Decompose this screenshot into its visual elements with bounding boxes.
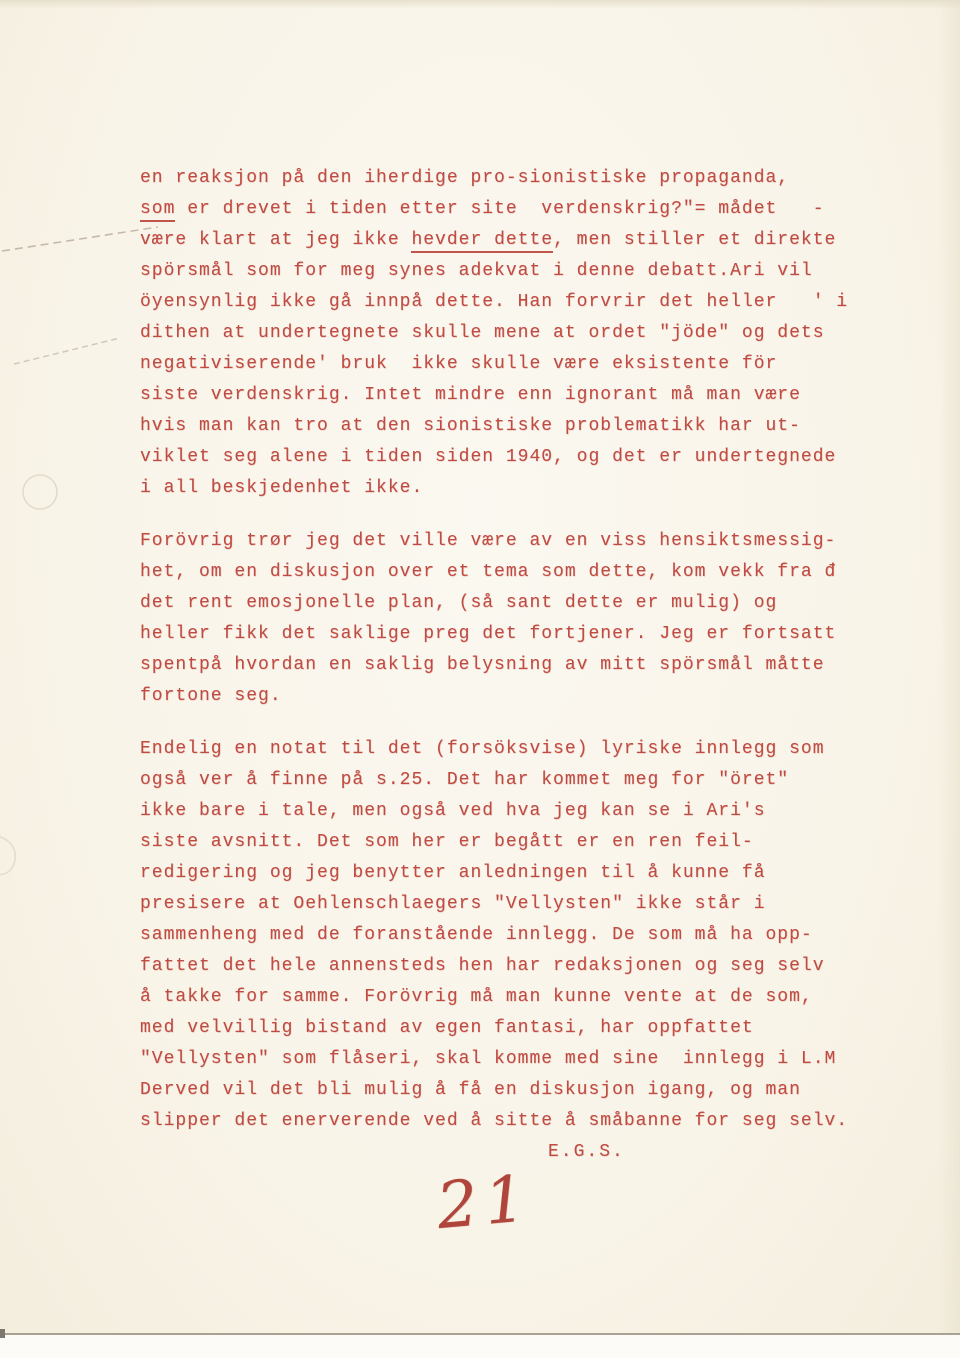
text-line: fortone seg. (140, 681, 920, 712)
handwritten-page-number: 21 (434, 1162, 536, 1244)
text-line: det rent emosjonelle plan, (så sant dett… (140, 588, 920, 619)
paragraph: en reaksjon på den iherdige pro-sionisti… (140, 163, 920, 504)
text-line: en reaksjon på den iherdige pro-sionisti… (140, 163, 920, 194)
paragraph: Forövrig trør jeg det ville være av en v… (140, 526, 920, 712)
underlined-phrase: hevder dette (411, 230, 553, 253)
text-line: ikke bare i tale, men også ved hva jeg k… (140, 796, 920, 827)
text-line: viklet seg alene i tiden siden 1940, og … (140, 442, 920, 473)
text-line: hvis man kan tro at den sionistiske prob… (140, 411, 920, 442)
text-line: spentpå hvordan en saklig belysning av m… (140, 650, 920, 681)
underlined-phrase: som (140, 199, 175, 222)
text-line: Derved vil det bli mulig å få en diskusj… (140, 1075, 920, 1106)
text-line: Endelig en notat til det (forsöksvise) l… (140, 734, 920, 765)
text-line: negativiserende' bruk ikke skulle være e… (140, 349, 920, 380)
text-line: slipper det enerverende ved å sitte å sm… (140, 1106, 920, 1137)
scan-artifact (0, 1329, 5, 1338)
text-line: fattet det hele annensteds hen har redak… (140, 951, 920, 982)
text-line: siste avsnitt. Det som her er begått er … (140, 827, 920, 858)
text-line: dithen at undertegnete skulle mene at or… (140, 318, 920, 349)
paper-right-edge (938, 0, 960, 1358)
text-line: være klart at jeg ikke hevder dette, men… (140, 225, 920, 256)
text-line: spörsmål som for meg synes adekvat i den… (140, 256, 920, 287)
scanned-letter-page: { "document": { "language": "Norwegian",… (0, 0, 960, 1358)
text-line: med velvillig bistand av egen fantasi, h… (140, 1013, 920, 1044)
text-line: i all beskjedenhet ikke. (140, 473, 920, 504)
document-body: en reaksjon på den iherdige pro-sionisti… (140, 163, 920, 1159)
scan-background-strip (0, 1335, 960, 1358)
text-line: sammenheng med de foranstående innlegg. … (140, 920, 920, 951)
text-line: "Vellysten" som flåseri, skal komme med … (140, 1044, 920, 1075)
text-line: het, om en diskusjon over et tema som de… (140, 557, 920, 588)
paper-top-edge (0, 0, 960, 9)
text-line: som er drevet i tiden etter site verdens… (140, 194, 920, 225)
text-line: presisere at Oehlenschlaegers "Vellysten… (140, 889, 920, 920)
text-line: heller fikk det saklige preg det fortjen… (140, 619, 920, 650)
text-line: öyensynlig ikke gå innpå dette. Han forv… (140, 287, 920, 318)
text-line: å takke for samme. Forövrig må man kunne… (140, 982, 920, 1013)
text-line: redigering og jeg benytter anledningen t… (140, 858, 920, 889)
signature-block: E.G.S. (140, 1137, 920, 1168)
paragraph: Endelig en notat til det (forsöksvise) l… (140, 734, 920, 1137)
text-line: siste verdenskrig. Intet mindre enn igno… (140, 380, 920, 411)
signature-initials: E.G.S. (548, 1137, 920, 1168)
text-line: også ver å finne på s.25. Det har kommet… (140, 765, 920, 796)
text-line: Forövrig trør jeg det ville være av en v… (140, 526, 920, 557)
